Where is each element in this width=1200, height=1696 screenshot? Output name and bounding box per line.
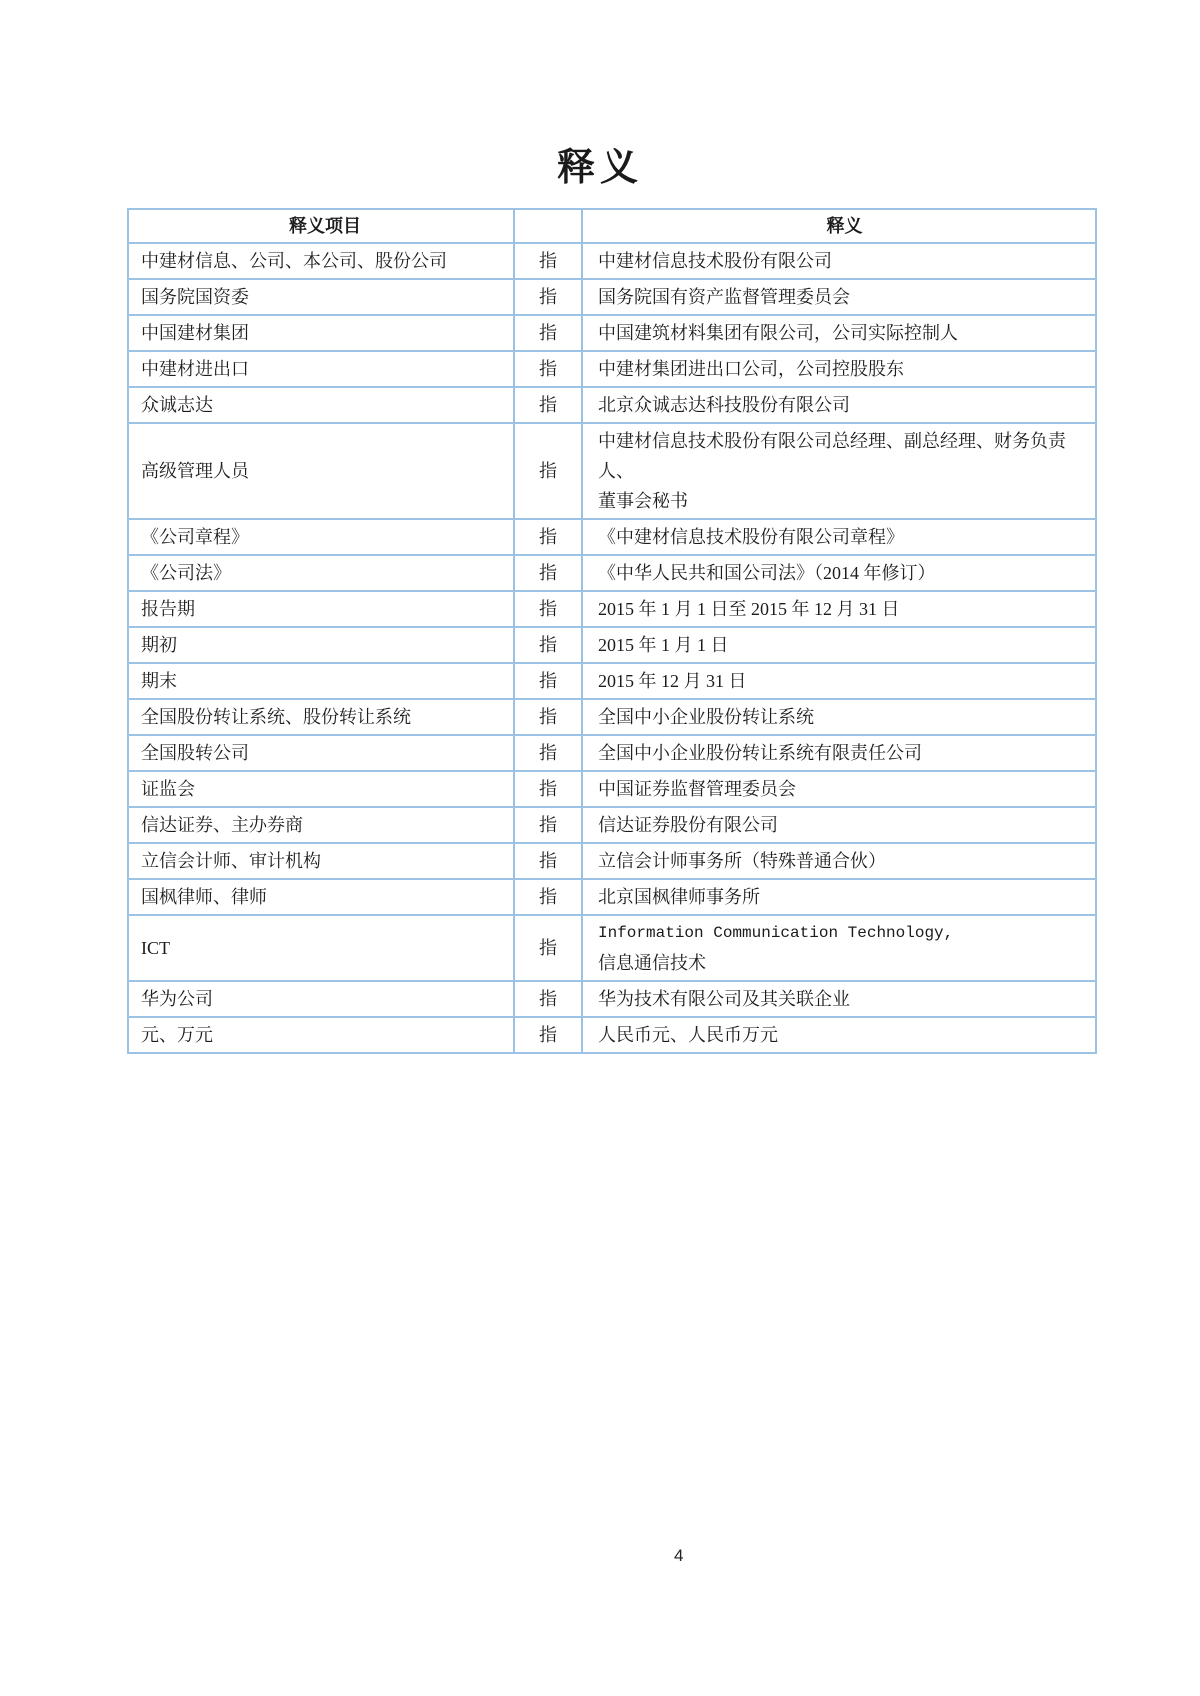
term-cell: 证监会 [129, 772, 513, 806]
definition-text: 信达证券股份有限公司 [598, 810, 778, 840]
zhi-cell: 指 [513, 520, 583, 554]
term-cell: 中建材进出口 [129, 352, 513, 386]
table-row: 高级管理人员 指 中建材信息技术股份有限公司总经理、副总经理、财务负责人、 董事… [129, 422, 1095, 518]
table-row: 中国建材集团 指 中国建筑材料集团有限公司，公司实际控制人 [129, 314, 1095, 350]
term-text: 信达证券、主办券商 [141, 810, 303, 840]
definition-cell: Information Communication Technology, 信息… [583, 916, 1095, 980]
term-cell: 中建材信息、公司、本公司、股份公司 [129, 244, 513, 278]
table-row: 《公司章程》 指 《中建材信息技术股份有限公司章程》 [129, 518, 1095, 554]
table-row: 证监会 指 中国证券监督管理委员会 [129, 770, 1095, 806]
definitions-table: 释义项目 释义 中建材信息、公司、本公司、股份公司 指 中建材信息技术股份有限公… [127, 208, 1097, 1054]
term-cell: 立信会计师、审计机构 [129, 844, 513, 878]
table-row: 全国股转公司 指 全国中小企业股份转让系统有限责任公司 [129, 734, 1095, 770]
definition-header-cell: 释义 [583, 210, 1095, 242]
term-text: 证监会 [141, 774, 195, 804]
definition-cell: 中国证券监督管理委员会 [583, 772, 1095, 806]
term-text: 期末 [141, 666, 177, 696]
term-text: 《公司法》 [141, 558, 231, 588]
term-text: 元、万元 [141, 1020, 213, 1050]
definition-cell: 全国中小企业股份转让系统 [583, 700, 1095, 734]
page-title: 释义 [0, 136, 1200, 191]
term-text: 全国股转公司 [141, 738, 249, 768]
zhi-text: 指 [539, 522, 557, 552]
middle-header-cell [513, 210, 583, 242]
term-text: 国枫律师、律师 [141, 882, 267, 912]
zhi-text: 指 [539, 984, 557, 1014]
zhi-text: 指 [539, 933, 557, 963]
zhi-cell: 指 [513, 736, 583, 770]
definition-cell: 信达证券股份有限公司 [583, 808, 1095, 842]
zhi-text: 指 [539, 666, 557, 696]
term-text: 中建材信息、公司、本公司、股份公司 [141, 246, 447, 276]
zhi-cell: 指 [513, 1018, 583, 1052]
term-text: 全国股份转让系统、股份转让系统 [141, 702, 411, 732]
definition-text: 全国中小企业股份转让系统有限责任公司 [598, 738, 922, 768]
term-cell: 高级管理人员 [129, 424, 513, 518]
term-header-label: 释义项目 [289, 212, 361, 240]
table-row: 众诚志达 指 北京众诚志达科技股份有限公司 [129, 386, 1095, 422]
term-cell: ICT [129, 916, 513, 980]
definition-text: 中国建筑材料集团有限公司，公司实际控制人 [598, 318, 958, 348]
term-text: ICT [141, 933, 170, 963]
table-row: 元、万元 指 人民币元、人民币万元 [129, 1016, 1095, 1052]
zhi-text: 指 [539, 1020, 557, 1050]
zhi-text: 指 [539, 354, 557, 384]
term-text: 期初 [141, 630, 177, 660]
definition-text: Information Communication Technology, [598, 918, 953, 948]
term-text: 中国建材集团 [141, 318, 249, 348]
zhi-cell: 指 [513, 556, 583, 590]
definition-cell: 2015 年 12 月 31 日 [583, 664, 1095, 698]
zhi-cell: 指 [513, 700, 583, 734]
zhi-text: 指 [539, 246, 557, 276]
definition-cell: 《中华人民共和国公司法》（2014 年修订） [583, 556, 1095, 590]
table-row: 中建材进出口 指 中建材集团进出口公司，公司控股股东 [129, 350, 1095, 386]
definition-cell: 中国建筑材料集团有限公司，公司实际控制人 [583, 316, 1095, 350]
zhi-text: 指 [539, 774, 557, 804]
zhi-cell: 指 [513, 628, 583, 662]
term-cell: 元、万元 [129, 1018, 513, 1052]
definition-text: 2015 年 1 月 1 日至 2015 年 12 月 31 日 [598, 594, 900, 624]
zhi-text: 指 [539, 810, 557, 840]
term-text: 立信会计师、审计机构 [141, 846, 321, 876]
page-number: 4 [674, 1546, 683, 1566]
definition-text: 北京众诚志达科技股份有限公司 [598, 390, 850, 420]
definition-cell: 2015 年 1 月 1 日至 2015 年 12 月 31 日 [583, 592, 1095, 626]
table-row: 国务院国资委 指 国务院国有资产监督管理委员会 [129, 278, 1095, 314]
document-page: 释义 释义项目 释义 中建材信息、公司、本公司、股份公司 指 中建材信息技术股份… [0, 0, 1200, 1696]
table-row: 期末 指 2015 年 12 月 31 日 [129, 662, 1095, 698]
table-row: 华为公司 指 华为技术有限公司及其关联企业 [129, 980, 1095, 1016]
definition-cell: 立信会计师事务所（特殊普通合伙） [583, 844, 1095, 878]
term-cell: 国枫律师、律师 [129, 880, 513, 914]
term-cell: 信达证券、主办券商 [129, 808, 513, 842]
term-cell: 报告期 [129, 592, 513, 626]
zhi-text: 指 [539, 738, 557, 768]
definition-text: 人民币元、人民币万元 [598, 1020, 778, 1050]
definition-text: 中国证券监督管理委员会 [598, 774, 796, 804]
term-cell: 国务院国资委 [129, 280, 513, 314]
table-row: ICT 指 Information Communication Technolo… [129, 914, 1095, 980]
definition-text: 华为技术有限公司及其关联企业 [598, 984, 850, 1014]
zhi-cell: 指 [513, 772, 583, 806]
zhi-text: 指 [539, 882, 557, 912]
definition-cell: 2015 年 1 月 1 日 [583, 628, 1095, 662]
zhi-cell: 指 [513, 352, 583, 386]
term-cell: 《公司法》 [129, 556, 513, 590]
zhi-cell: 指 [513, 844, 583, 878]
definition-text: 立信会计师事务所（特殊普通合伙） [598, 846, 886, 876]
definition-cell: 全国中小企业股份转让系统有限责任公司 [583, 736, 1095, 770]
term-text: 中建材进出口 [141, 354, 249, 384]
definition-text: 中建材信息技术股份有限公司总经理、副总经理、财务负责人、 [598, 426, 1091, 486]
zhi-text: 指 [539, 282, 557, 312]
definition-text: 国务院国有资产监督管理委员会 [598, 282, 850, 312]
definition-cell: 人民币元、人民币万元 [583, 1018, 1095, 1052]
definition-cell: 北京众诚志达科技股份有限公司 [583, 388, 1095, 422]
zhi-cell: 指 [513, 664, 583, 698]
zhi-text: 指 [539, 318, 557, 348]
table-row: 期初 指 2015 年 1 月 1 日 [129, 626, 1095, 662]
term-header-cell: 释义项目 [129, 210, 513, 242]
term-text: 《公司章程》 [141, 522, 249, 552]
term-cell: 华为公司 [129, 982, 513, 1016]
zhi-text: 指 [539, 390, 557, 420]
zhi-cell: 指 [513, 982, 583, 1016]
table-row: 中建材信息、公司、本公司、股份公司 指 中建材信息技术股份有限公司 [129, 242, 1095, 278]
zhi-cell: 指 [513, 316, 583, 350]
zhi-text: 指 [539, 456, 557, 486]
definition-text-line2: 董事会秘书 [598, 486, 688, 516]
term-cell: 期初 [129, 628, 513, 662]
zhi-text: 指 [539, 702, 557, 732]
definition-text: 中建材信息技术股份有限公司 [598, 246, 832, 276]
zhi-cell: 指 [513, 808, 583, 842]
table-row: 《公司法》 指 《中华人民共和国公司法》（2014 年修订） [129, 554, 1095, 590]
definition-header-label: 释义 [827, 212, 863, 240]
zhi-cell: 指 [513, 880, 583, 914]
term-cell: 众诚志达 [129, 388, 513, 422]
definition-text: 全国中小企业股份转让系统 [598, 702, 814, 732]
term-cell: 全国股转公司 [129, 736, 513, 770]
table-row: 报告期 指 2015 年 1 月 1 日至 2015 年 12 月 31 日 [129, 590, 1095, 626]
zhi-cell: 指 [513, 244, 583, 278]
definition-text: 2015 年 1 月 1 日 [598, 630, 729, 660]
definition-cell: 中建材信息技术股份有限公司 [583, 244, 1095, 278]
zhi-text: 指 [539, 846, 557, 876]
zhi-text: 指 [539, 558, 557, 588]
zhi-cell: 指 [513, 424, 583, 518]
zhi-cell: 指 [513, 388, 583, 422]
term-cell: 全国股份转让系统、股份转让系统 [129, 700, 513, 734]
definition-cell: 中建材集团进出口公司，公司控股股东 [583, 352, 1095, 386]
definition-cell: 《中建材信息技术股份有限公司章程》 [583, 520, 1095, 554]
table-row: 信达证券、主办券商 指 信达证券股份有限公司 [129, 806, 1095, 842]
definition-text: 2015 年 12 月 31 日 [598, 666, 747, 696]
term-cell: 《公司章程》 [129, 520, 513, 554]
definition-text: 《中华人民共和国公司法》（2014 年修订） [598, 558, 936, 588]
table-header-row: 释义项目 释义 [129, 210, 1095, 242]
table-row: 国枫律师、律师 指 北京国枫律师事务所 [129, 878, 1095, 914]
definition-text: 《中建材信息技术股份有限公司章程》 [598, 522, 904, 552]
definition-cell: 北京国枫律师事务所 [583, 880, 1095, 914]
definition-cell: 华为技术有限公司及其关联企业 [583, 982, 1095, 1016]
definition-text: 北京国枫律师事务所 [598, 882, 760, 912]
zhi-text: 指 [539, 630, 557, 660]
definition-text: 中建材集团进出口公司，公司控股股东 [598, 354, 904, 384]
term-text: 众诚志达 [141, 390, 213, 420]
table-row: 全国股份转让系统、股份转让系统 指 全国中小企业股份转让系统 [129, 698, 1095, 734]
table-row: 立信会计师、审计机构 指 立信会计师事务所（特殊普通合伙） [129, 842, 1095, 878]
zhi-text: 指 [539, 594, 557, 624]
term-text: 高级管理人员 [141, 456, 249, 486]
zhi-cell: 指 [513, 592, 583, 626]
term-text: 国务院国资委 [141, 282, 249, 312]
definition-cell: 国务院国有资产监督管理委员会 [583, 280, 1095, 314]
term-cell: 中国建材集团 [129, 316, 513, 350]
zhi-cell: 指 [513, 916, 583, 980]
term-cell: 期末 [129, 664, 513, 698]
definition-cell: 中建材信息技术股份有限公司总经理、副总经理、财务负责人、 董事会秘书 [583, 424, 1095, 518]
zhi-cell: 指 [513, 280, 583, 314]
term-text: 华为公司 [141, 984, 213, 1014]
definition-text-line2: 信息通信技术 [598, 948, 706, 978]
term-text: 报告期 [141, 594, 195, 624]
